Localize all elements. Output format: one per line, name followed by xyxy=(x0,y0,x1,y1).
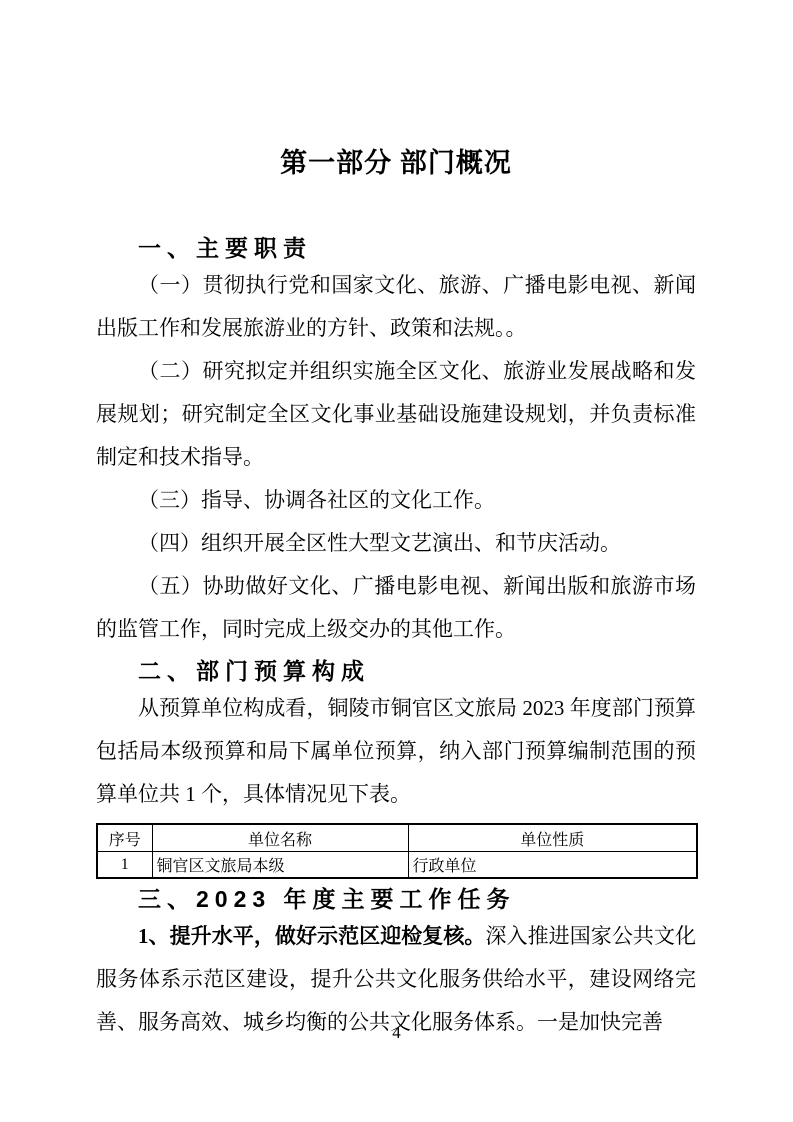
section-heading-budget-composition: 二、部门预算构成 xyxy=(96,655,696,687)
table-header-row: 序号 单位名称 单位性质 xyxy=(97,824,697,852)
budget-composition-paragraph: 从预算单位构成看，铜陵市铜官区文旅局 2023 年度部门预算包括局本级预算和局下… xyxy=(96,687,696,816)
table-header-unit-type: 单位性质 xyxy=(408,824,697,852)
duty-paragraph-2: （二）研究拟定并组织实施全区文化、旅游业发展战略和发展规划；研究制定全区文化事业… xyxy=(96,350,696,479)
duty-paragraph-5: （五）协助做好文化、广播电影电视、新闻出版和旅游市场的监管工作，同时完成上级交办… xyxy=(96,565,696,651)
table-row: 1 铜官区文旅局本级 行政单位 xyxy=(97,852,697,879)
page-title: 第一部分 部门概况 xyxy=(96,0,696,182)
text-block: 第一部分 部门概况 一、主要职责 （一）贯彻执行党和国家文化、旅游、广播电影电视… xyxy=(96,0,696,1044)
table-cell-index: 1 xyxy=(97,852,152,879)
document-page: 第一部分 部门概况 一、主要职责 （一）贯彻执行党和国家文化、旅游、广播电影电视… xyxy=(0,0,793,1122)
section-heading-work-tasks: 三、2023 年度主要工作任务 xyxy=(96,883,696,915)
table-header-unit-name: 单位名称 xyxy=(152,824,408,852)
table-header-index: 序号 xyxy=(97,824,152,852)
table-cell-unit-name: 铜官区文旅局本级 xyxy=(152,852,408,879)
duty-paragraph-1: （一）贯彻执行党和国家文化、旅游、广播电影电视、新闻出版工作和发展旅游业的方针、… xyxy=(96,264,696,350)
budget-units-table: 序号 单位名称 单位性质 1 铜官区文旅局本级 行政单位 xyxy=(96,823,698,879)
table-cell-unit-type: 行政单位 xyxy=(408,852,697,879)
section-heading-main-duties: 一、主要职责 xyxy=(96,232,696,264)
duty-paragraph-4: （四）组织开展全区性大型文艺演出、和节庆活动。 xyxy=(96,522,696,565)
page-number: 4 xyxy=(0,1023,793,1043)
task-lead-bold: 1、提升水平，做好示范区迎检复核。 xyxy=(138,924,485,948)
duty-paragraph-3: （三）指导、协调各社区的文化工作。 xyxy=(96,479,696,522)
